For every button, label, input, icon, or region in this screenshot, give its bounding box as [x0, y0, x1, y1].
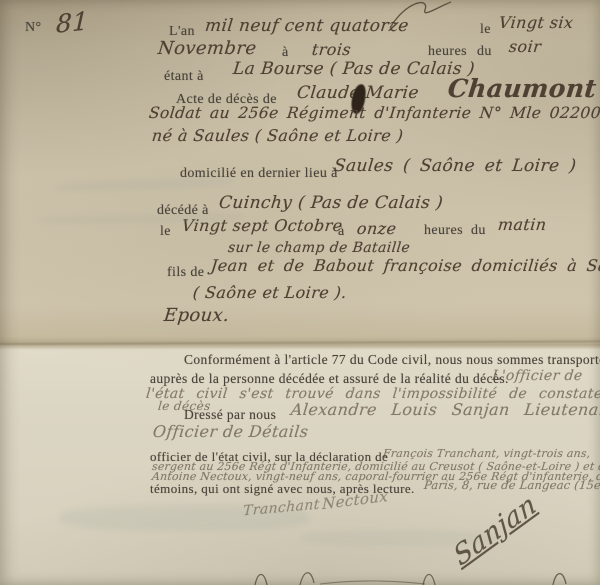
- du-label: du: [477, 44, 492, 60]
- dresse-par-nous-label: Dressé par nous: [184, 407, 276, 423]
- soldier-regiment-handwritten: Soldat au 256e Régiment d'Infanterie N° …: [148, 104, 600, 122]
- death-place-handwritten: Cuinchy ( Pas de Calais ): [218, 193, 444, 213]
- hour-handwritten: trois: [311, 40, 352, 59]
- conformement-line1: Conformément à l'article 77 du Code civi…: [184, 352, 600, 368]
- witness1-details-handwritten: François Tranchant, vingt-trois ans,: [382, 447, 591, 460]
- paris-address-handwritten: Paris, 8, rue de Langeac (15e ar.): [423, 478, 600, 492]
- le-label: le: [480, 22, 491, 38]
- fold-crease: [0, 341, 600, 347]
- month-handwritten: Novembre: [157, 38, 258, 59]
- death-ampm-handwritten: matin: [497, 215, 548, 234]
- battlefield-handwritten: sur le champ de Bataille: [227, 240, 411, 256]
- death-certificate-scan: N° 81 L'an mil neuf cent quatorze le Vin…: [0, 0, 600, 585]
- ampm-handwritten: soir: [508, 37, 542, 56]
- act-number-value: 81: [56, 6, 89, 39]
- le2-label: le: [160, 224, 171, 240]
- domicile-handwritten: Saules ( Saône et Loire ): [333, 156, 577, 176]
- epoux-handwritten: Epoux.: [163, 305, 231, 326]
- day-handwritten: Vingt six: [498, 13, 574, 32]
- officer-title-handwritten: Officier de Détails: [152, 422, 309, 441]
- cutoff-handwriting-strokes: [180, 567, 580, 585]
- parents2-handwritten: ( Saône et Loire ).: [192, 283, 348, 302]
- year-handwritten: mil neuf cent quatorze: [204, 16, 410, 36]
- domicile-label: domicilié en dernier lieu à: [180, 166, 338, 182]
- heures2-label: heures: [424, 223, 463, 239]
- etant-a-label: étant à: [164, 69, 204, 85]
- cutoff-flourish-top: [385, 0, 455, 30]
- surname-handwritten: Chaumont: [446, 74, 598, 103]
- fils-de-label: fils de: [167, 265, 204, 281]
- heures-label: heures: [428, 44, 467, 60]
- du2-label: du: [471, 223, 486, 239]
- officer-name-handwritten: Alexandre Louis Sanjan Lieutenant: [290, 400, 600, 419]
- death-hour-handwritten: onze: [356, 219, 397, 238]
- death-date-handwritten: Vingt sept Octobre: [181, 216, 344, 235]
- officier-note-handwritten-1: L'officier de: [491, 368, 583, 384]
- act-place-handwritten: La Bourse ( Pas de Calais ): [232, 59, 476, 79]
- birthplace-handwritten: né à Saules ( Saône et Loire ): [151, 126, 404, 145]
- act-number-label: N°: [25, 20, 42, 36]
- a2-label: à: [338, 224, 345, 240]
- parents-handwritten: Jean et de Babout françoise domiciliés à…: [210, 256, 600, 275]
- conformement-line2: auprès de la personne décédée et assuré …: [150, 371, 509, 387]
